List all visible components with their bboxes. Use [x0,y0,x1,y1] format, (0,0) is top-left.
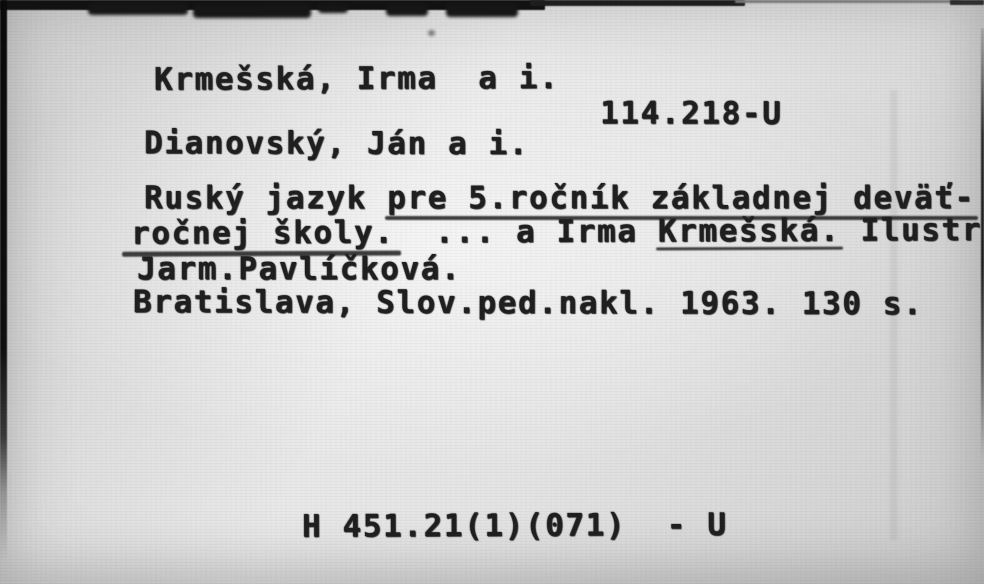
catalog-card: Krmešská, Irma a i. Dianovský, Ján a i. … [0,0,984,584]
imprint-line: Bratislava, Slov.ped.nakl. 1963. 130 s. [52,256,924,351]
shelf-number: 114.218-U [600,98,782,129]
heading-text: Krmešská, Irma a i. [154,60,559,98]
call-number-line: H 451.21(1)(071) - U [221,479,728,574]
cutoff-text-smudge [88,3,188,15]
scan-top-edge [735,0,960,3]
cutoff-text-smudge [446,3,518,17]
scan-top-edge [530,0,745,6]
imprint-text: Bratislava, Slov.ped.nakl. 1963. 130 s. [133,284,923,322]
scan-top-edge [950,0,984,5]
cutoff-text-smudge [318,4,348,13]
title-text: Ilustr. [840,212,984,249]
cutoff-text-smudge [193,4,311,18]
call-number-text: H 451.21(1)(071) - U [302,507,728,545]
scan-left-edge [0,0,7,560]
cutoff-text-smudge [386,3,428,16]
name-underlined-text: Krmešská. [658,213,841,250]
